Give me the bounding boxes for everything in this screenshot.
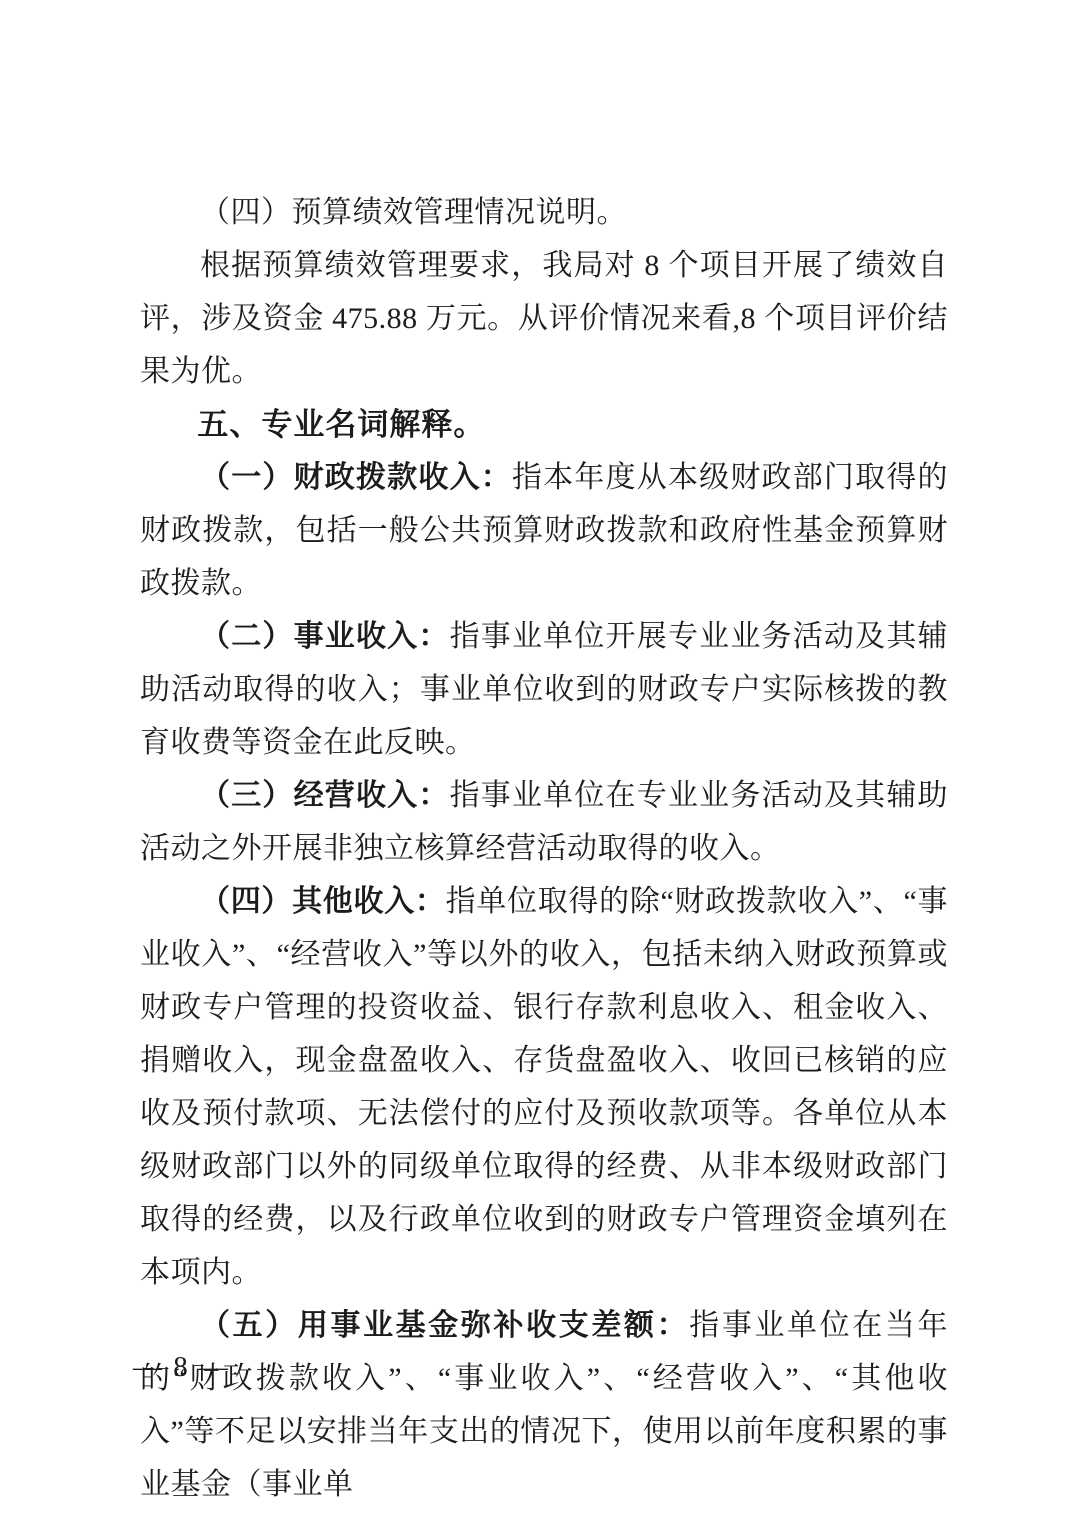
performance-section-title-text: （四）预算绩效管理情况说明。	[200, 196, 627, 229]
performance-section-body-text: 根据预算绩效管理要求，我局对 8 个项目开展了绩效自评，涉及资金 475.88 …	[140, 249, 948, 388]
page-number: — 8 —	[133, 1344, 230, 1390]
document-body: （四）预算绩效管理情况说明。 根据预算绩效管理要求，我局对 8 个项目开展了绩效…	[140, 186, 948, 1511]
term-lead: （一）财政拨款收入：	[200, 461, 512, 494]
term-lead: （二）事业收入：	[200, 620, 450, 653]
term-lead: （三）经营收入：	[200, 779, 450, 812]
term-paragraph-operating-unit-income: （二）事业收入：指事业单位开展专业业务活动及其辅助活动取得的收入；事业单位收到的…	[140, 610, 948, 769]
term-lead: （五）用事业基金弥补收支差额：	[200, 1309, 689, 1342]
term-paragraph-fund-deficit-coverage: （五）用事业基金弥补收支差额：指事业单位在当年的“财政拨款收入”、“事业收入”、…	[140, 1299, 948, 1511]
term-lead: （四）其他收入：	[200, 885, 446, 918]
term-text: 指单位取得的除“财政拨款收入”、“事业收入”、“经营收入”等以外的收入，包括未纳…	[140, 885, 948, 1289]
term-paragraph-other-income: （四）其他收入：指单位取得的除“财政拨款收入”、“事业收入”、“经营收入”等以外…	[140, 875, 948, 1299]
document-page: （四）预算绩效管理情况说明。 根据预算绩效管理要求，我局对 8 个项目开展了绩效…	[0, 0, 1074, 1520]
performance-section-body: 根据预算绩效管理要求，我局对 8 个项目开展了绩效自评，涉及资金 475.88 …	[140, 239, 948, 398]
term-paragraph-fiscal-appropriation-income: （一）财政拨款收入：指本年度从本级财政部门取得的财政拨款，包括一般公共预算财政拨…	[140, 451, 948, 610]
term-paragraph-business-income: （三）经营收入：指事业单位在专业业务活动及其辅助活动之外开展非独立核算经营活动取…	[140, 769, 948, 875]
performance-section-title: （四）预算绩效管理情况说明。	[140, 186, 948, 239]
glossary-heading: 五、专业名词解释。	[140, 398, 948, 451]
